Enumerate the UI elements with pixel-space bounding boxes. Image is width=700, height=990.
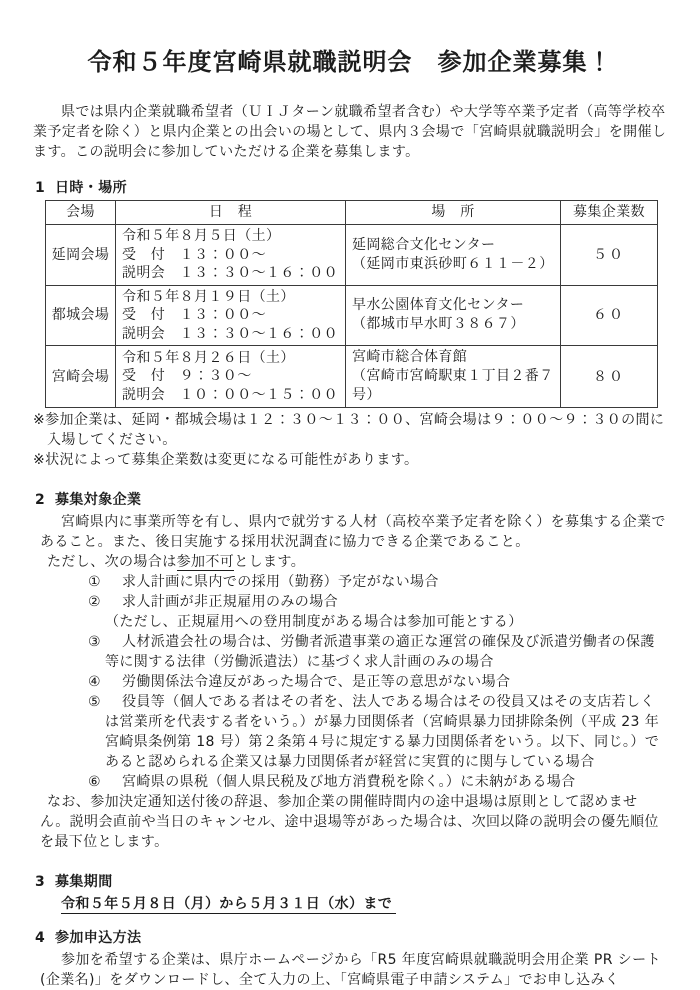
item-subline: （ただし、正規雇用への登用制度がある場合は参加可能とする） [105, 612, 667, 632]
list-item-4: ④労働関係法令違反があった場合で、是正等の意思がない場合 [33, 672, 667, 692]
schedule-session: 説明会 １３：３０～１６：００ [122, 325, 339, 344]
application-method-paragraph: 参加を希望する企業は、県庁ホームページから「R5 年度宮崎県就職説明会用企業 P… [33, 950, 667, 990]
item-number: ⑤ [88, 692, 122, 712]
section-2-heading: 2募集対象企業 [35, 490, 667, 510]
section-1-heading: 1日時・場所 [35, 178, 667, 198]
schedule-session: 説明会 １０：００～１５：００ [122, 386, 339, 405]
application-period-line: 令和５年５月８日（月）から５月３１日（水）まで [33, 894, 667, 914]
schedule-date: 令和５年８月５日（土） [122, 227, 339, 246]
item-number: ③ [88, 632, 122, 652]
document-page: 令和５年度宮崎県就職説明会 参加企業募集！ 県では県内企業就職希望者（ＵＩＪター… [0, 0, 700, 990]
schedule-reception: 受 付 １３：００～ [122, 306, 339, 325]
place-cell: 早水公園体育文化センター （都城市早水町３８６７） [346, 285, 561, 346]
section-4: 4参加申込方法 参加を希望する企業は、県庁ホームページから「R5 年度宮崎県就職… [33, 928, 667, 990]
table-notes: ※参加企業は、延岡・都城会場は１２：３０～１３：００、宮崎会場は９：００～９：３… [33, 410, 667, 470]
place-name: 宮崎市総合体育館 [352, 348, 554, 367]
header-schedule: 日 程 [116, 201, 346, 225]
section-2-number: 2 [35, 490, 55, 510]
item-number: ⑥ [88, 772, 122, 792]
place-address: （延岡市東浜砂町６１１－２） [352, 255, 554, 274]
item-text: 人材派遣会社の場合は、労働者派遣事業の適正な運営の確保及び派遣労働者の保護等に関… [105, 634, 655, 670]
count-cell: ６０ [561, 285, 658, 346]
section-2: 2募集対象企業 宮崎県内に事業所等を有し、県内で就労する人材（高校卒業予定者を除… [33, 490, 667, 852]
section-2-title: 募集対象企業 [55, 492, 141, 508]
item-number: ① [88, 572, 122, 592]
list-item-1: ①求人計画に県内での採用（勤務）予定がない場合 [33, 572, 667, 592]
schedule-date: 令和５年８月２６日（土） [122, 349, 339, 368]
header-venue: 会場 [46, 201, 116, 225]
venue-cell: 延岡会場 [46, 225, 116, 286]
place-name: 早水公園体育文化センター [352, 296, 554, 315]
intro-paragraph: 県では県内企業就職希望者（ＵＩＪターン就職希望者含む）や大学等卒業予定者（高等学… [33, 102, 667, 162]
section-3: 3募集期間 令和５年５月８日（月）から５月３１日（水）まで [33, 872, 667, 914]
section-4-heading: 4参加申込方法 [35, 928, 667, 948]
withdrawal-paragraph: なお、参加決定通知送付後の辞退、参加企業の開催時間内の途中退場は原則として認めま… [33, 792, 667, 852]
place-address: （宮崎市宮崎駅東１丁目２番７号） [352, 367, 554, 405]
condition-underlined: 参加不可 [177, 554, 235, 571]
note-entry-time: ※参加企業は、延岡・都城会場は１２：３０～１３：００、宮崎会場は９：００～９：３… [33, 410, 667, 450]
schedule-cell: 令和５年８月２６日（土） 受 付 ９：３０～ 説明会 １０：００～１５：００ [116, 346, 346, 408]
item-text: 労働関係法令違反があった場合で、是正等の意思がない場合 [122, 674, 510, 690]
table-header-row: 会場 日 程 場 所 募集企業数 [46, 201, 658, 225]
place-cell: 延岡総合文化センター （延岡市東浜砂町６１１－２） [346, 225, 561, 286]
schedule-date: 令和５年８月１９日（土） [122, 288, 339, 307]
eligibility-paragraph: 宮崎県内に事業所等を有し、県内で就労する人材（高校卒業予定者を除く）を募集する企… [33, 512, 667, 552]
condition-post: とします。 [234, 554, 305, 570]
table-row-miyakonojo: 都城会場 令和５年８月１９日（土） 受 付 １３：００～ 説明会 １３：３０～１… [46, 285, 658, 346]
item-text: 役員等（個人である者はその者を、法人である場合はその役員又はその支店若しくは営業… [105, 694, 659, 770]
section-1-title: 日時・場所 [55, 180, 127, 196]
document-title: 令和５年度宮崎県就職説明会 参加企業募集！ [33, 44, 667, 80]
item-text: 求人計画に県内での採用（勤務）予定がない場合 [122, 574, 439, 590]
condition-pre: ただし、次の場合は [47, 554, 177, 570]
count-cell: ８０ [561, 346, 658, 408]
item-text: 宮崎県の県税（個人県民税及び地方消費税を除く。）に未納がある場合 [122, 774, 576, 790]
schedule-reception: 受 付 １３：００～ [122, 246, 339, 265]
list-item-5: ⑤役員等（個人である者はその者を、法人である場合はその役員又はその支店若しくは営… [33, 692, 667, 772]
schedule-cell: 令和５年８月５日（土） 受 付 １３：００～ 説明会 １３：３０～１６：００ [116, 225, 346, 286]
item-number: ④ [88, 672, 122, 692]
condition-line: ただし、次の場合は参加不可とします。 [33, 552, 667, 572]
schedule-session: 説明会 １３：３０～１６：００ [122, 264, 339, 283]
item-number: ② [88, 592, 122, 612]
schedule-table: 会場 日 程 場 所 募集企業数 延岡会場 令和５年８月５日（土） 受 付 １３… [45, 200, 658, 408]
place-address: （都城市早水町３８６７） [352, 315, 554, 334]
section-3-title: 募集期間 [55, 874, 113, 890]
list-item-6: ⑥宮崎県の県税（個人県民税及び地方消費税を除く。）に未納がある場合 [33, 772, 667, 792]
application-period: 令和５年５月８日（月）から５月３１日（水）まで [61, 896, 396, 914]
exclusion-list: ①求人計画に県内での採用（勤務）予定がない場合 ②求人計画が非正規雇用のみの場合… [33, 572, 667, 792]
list-item-3: ③人材派遣会社の場合は、労働者派遣事業の適正な運営の確保及び派遣労働者の保護等に… [33, 632, 667, 672]
header-count: 募集企業数 [561, 201, 658, 225]
section-1-number: 1 [35, 178, 55, 198]
section-3-heading: 3募集期間 [35, 872, 667, 892]
table-row-miyazaki: 宮崎会場 令和５年８月２６日（土） 受 付 ９：３０～ 説明会 １０：００～１５… [46, 346, 658, 408]
header-place: 場 所 [346, 201, 561, 225]
place-name: 延岡総合文化センター [352, 236, 554, 255]
table-row-nobeoka: 延岡会場 令和５年８月５日（土） 受 付 １３：００～ 説明会 １３：３０～１６… [46, 225, 658, 286]
section-1: 1日時・場所 会場 日 程 場 所 募集企業数 延岡会場 令和５年８月５日（土）… [33, 178, 667, 470]
count-cell: ５０ [561, 225, 658, 286]
schedule-cell: 令和５年８月１９日（土） 受 付 １３：００～ 説明会 １３：３０～１６：００ [116, 285, 346, 346]
venue-cell: 都城会場 [46, 285, 116, 346]
section-4-number: 4 [35, 928, 55, 948]
list-item-2: ②求人計画が非正規雇用のみの場合 （ただし、正規雇用への登用制度がある場合は参加… [33, 592, 667, 632]
section-4-title: 参加申込方法 [55, 930, 141, 946]
item-text: 求人計画が非正規雇用のみの場合 [122, 594, 338, 610]
place-cell: 宮崎市総合体育館 （宮崎市宮崎駅東１丁目２番７号） [346, 346, 561, 408]
note-count-change: ※状況によって募集企業数は変更になる可能性があります。 [33, 450, 667, 470]
schedule-reception: 受 付 ９：３０～ [122, 367, 339, 386]
venue-cell: 宮崎会場 [46, 346, 116, 408]
section-3-number: 3 [35, 872, 55, 892]
